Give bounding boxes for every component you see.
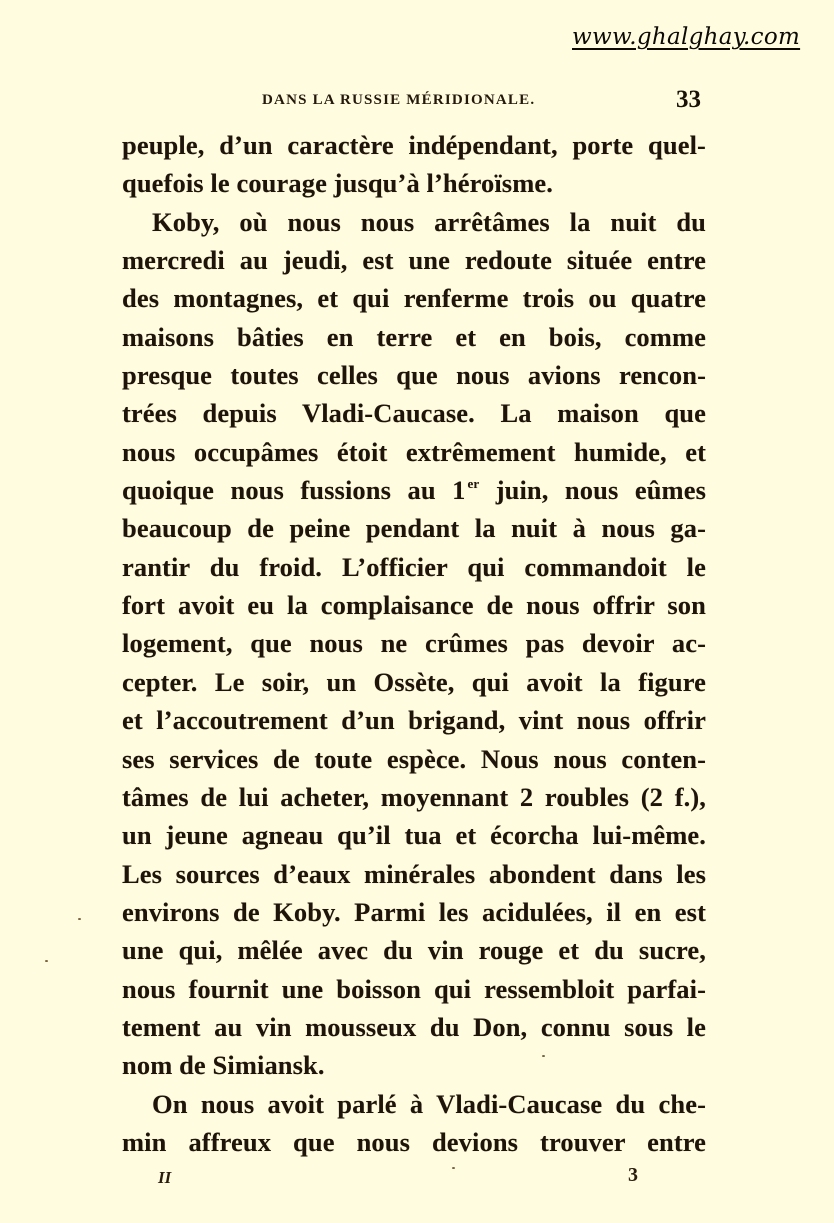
- line-text: quoique nous fussions au 1: [122, 475, 465, 505]
- text-line: une qui, mêlée avec du vin rouge et du s…: [122, 931, 706, 969]
- paper-speck: [78, 918, 81, 920]
- running-head: DANS LA RUSSIE MÉRIDIONALE.: [262, 92, 535, 109]
- watermark-link[interactable]: www.ghalghay.com: [572, 24, 800, 50]
- text-line: nom de Simiansk.: [122, 1046, 706, 1084]
- text-line: logement, que nous ne crûmes pas devoir …: [122, 624, 706, 662]
- text-line: tement au vin mousseux du Don, connu sou…: [122, 1008, 706, 1046]
- text-line: trées depuis Vladi-Caucase. La maison qu…: [122, 394, 706, 432]
- text-line: quefois le courage jusqu’à l’héroïsme.: [122, 164, 706, 202]
- text-line: tâmes de lui acheter, moyennant 2 rouble…: [122, 778, 706, 816]
- text-line: min affreux que nous devions trouver ent…: [122, 1123, 706, 1161]
- text-line: mercredi au jeudi, est une redoute situé…: [122, 241, 706, 279]
- text-line: Les sources d’eaux minérales abondent da…: [122, 855, 706, 893]
- paper-speck: [45, 960, 48, 962]
- paragraph-start-line: Koby, où nous nous arrêtâmes la nuit du: [122, 203, 706, 241]
- text-line: des montagnes, et qui renferme trois ou …: [122, 279, 706, 317]
- signature-mark: II: [158, 1168, 171, 1188]
- text-line: un jeune agneau qu’il tua et écorcha lui…: [122, 816, 706, 854]
- catchword: 3: [628, 1164, 638, 1187]
- body-text: peuple, d’un caractère indépendant, port…: [122, 126, 706, 1161]
- text-line: ses services de toute espèce. Nous nous …: [122, 740, 706, 778]
- text-line: peuple, d’un caractère indépendant, port…: [122, 126, 706, 164]
- text-line: presque toutes celles que nous avions re…: [122, 356, 706, 394]
- text-line: nous occupâmes étoit extrêmement humide,…: [122, 433, 706, 471]
- text-line: rantir du froid. L’officier qui commando…: [122, 548, 706, 586]
- superscript: er: [467, 476, 479, 491]
- paper-speck: [542, 1055, 545, 1057]
- text-line: beaucoup de peine pendant la nuit à nous…: [122, 509, 706, 547]
- text-line-with-superscript: quoique nous fussions au 1er juin, nous …: [122, 471, 706, 509]
- line-text-rest: juin, nous eûmes: [479, 475, 706, 505]
- page-number: 33: [676, 86, 701, 114]
- paper-speck: [452, 1167, 455, 1169]
- text-line: et l’accoutrement d’un brigand, vint nou…: [122, 701, 706, 739]
- paragraph-start-line: On nous avoit parlé à Vladi-Caucase du c…: [122, 1085, 706, 1123]
- text-line: environs de Koby. Parmi les acidulées, i…: [122, 893, 706, 931]
- text-line: cepter. Le soir, un Ossète, qui avoit la…: [122, 663, 706, 701]
- text-line: nous fournit une boisson qui ressembloit…: [122, 970, 706, 1008]
- text-line: fort avoit eu la complaisance de nous of…: [122, 586, 706, 624]
- text-line: maisons bâties en terre et en bois, comm…: [122, 318, 706, 356]
